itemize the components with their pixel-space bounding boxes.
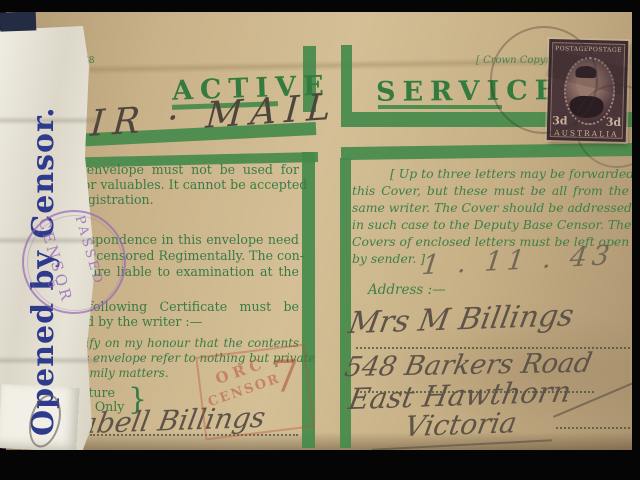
left-text-line: coin or valuables. It cannot be accepted (52, 178, 299, 192)
address-line-manuscript: Victoria (402, 406, 519, 443)
address-dotted-line (556, 427, 630, 429)
censor-box-stamp: ORC CENSOR 7 (195, 344, 314, 441)
service-underline (378, 105, 502, 109)
photo-border-top (0, 0, 640, 12)
censor-circle-ghost-ring (27, 215, 123, 311)
right-note-line: same writer. The Cover should be address… (352, 200, 629, 215)
photo-border-right (632, 0, 640, 480)
navy-corner-patch (0, 11, 36, 31)
stamp-postage-right: POSTAGE (588, 46, 622, 54)
right-note-line: this Cover, but these must be all from t… (352, 183, 629, 198)
address-label: Address :— (368, 282, 446, 298)
right-note-line: in such case to the Deputy Base Censor. … (352, 217, 629, 232)
photo-of-active-service-envelope: ACTIVE SERVICE [ Crown Copyright 78 ) Th… (0, 0, 640, 480)
photo-border-bottom (0, 450, 640, 480)
frame-right-border-upper (341, 45, 352, 112)
censor-box-number: 7 (271, 351, 300, 402)
left-text-line: This envelope must not be used for (52, 163, 299, 177)
right-note-line: [ Up to three letters may be forwarded i… (352, 166, 629, 181)
